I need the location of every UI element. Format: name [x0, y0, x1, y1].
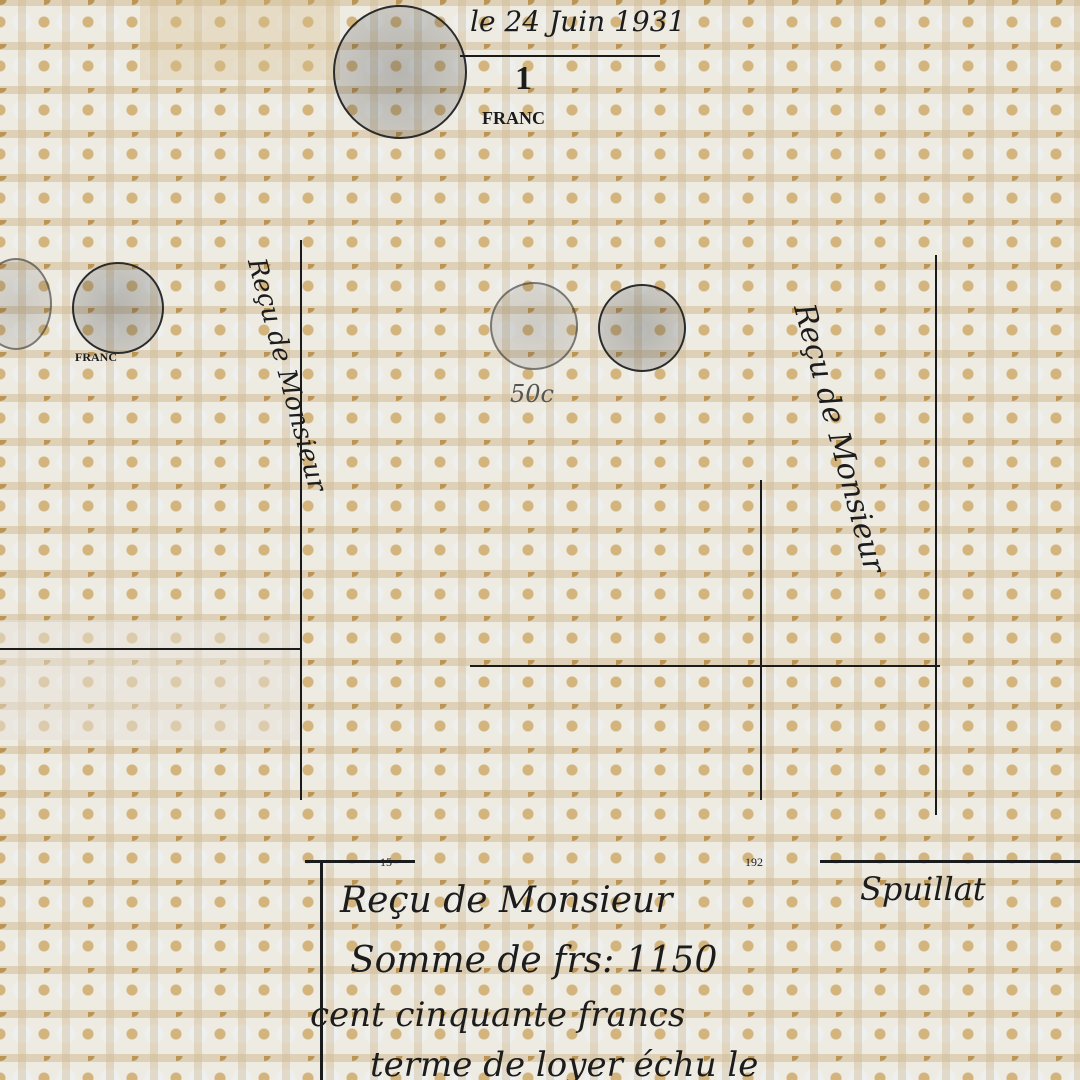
- rule: [935, 255, 937, 815]
- coin-stamp: [598, 284, 686, 372]
- coin-stamp: [333, 5, 467, 139]
- coin-stamp: [72, 262, 164, 354]
- receipt-line: Reçu de Monsieur: [340, 880, 672, 921]
- header-number: 15: [380, 855, 392, 870]
- paper-patch: [140, 0, 340, 80]
- signature: Spuillat: [860, 870, 986, 908]
- rule: [820, 860, 1080, 863]
- receipt-line: cent cinquante francs: [310, 995, 685, 1035]
- rule: [300, 240, 302, 800]
- rule: [760, 480, 762, 800]
- stamp-unit: FRANC: [75, 350, 117, 365]
- stamp-unit: FRANC: [482, 108, 545, 129]
- receipt-line: Somme de frs: 1150: [350, 940, 717, 981]
- rule: [0, 648, 300, 650]
- stamp-date: le 24 Juin 1931: [470, 5, 685, 38]
- receipt-line: terme de loyer échu le: [370, 1045, 758, 1080]
- rule: [320, 860, 323, 1080]
- rule: [470, 665, 940, 667]
- stamp-value: 1: [515, 60, 532, 98]
- header-number: 192: [745, 855, 763, 870]
- coin-stamp: [490, 282, 578, 370]
- stamp-50c: 50c: [510, 380, 554, 408]
- rule: [460, 55, 660, 57]
- paper-patch: [0, 620, 300, 740]
